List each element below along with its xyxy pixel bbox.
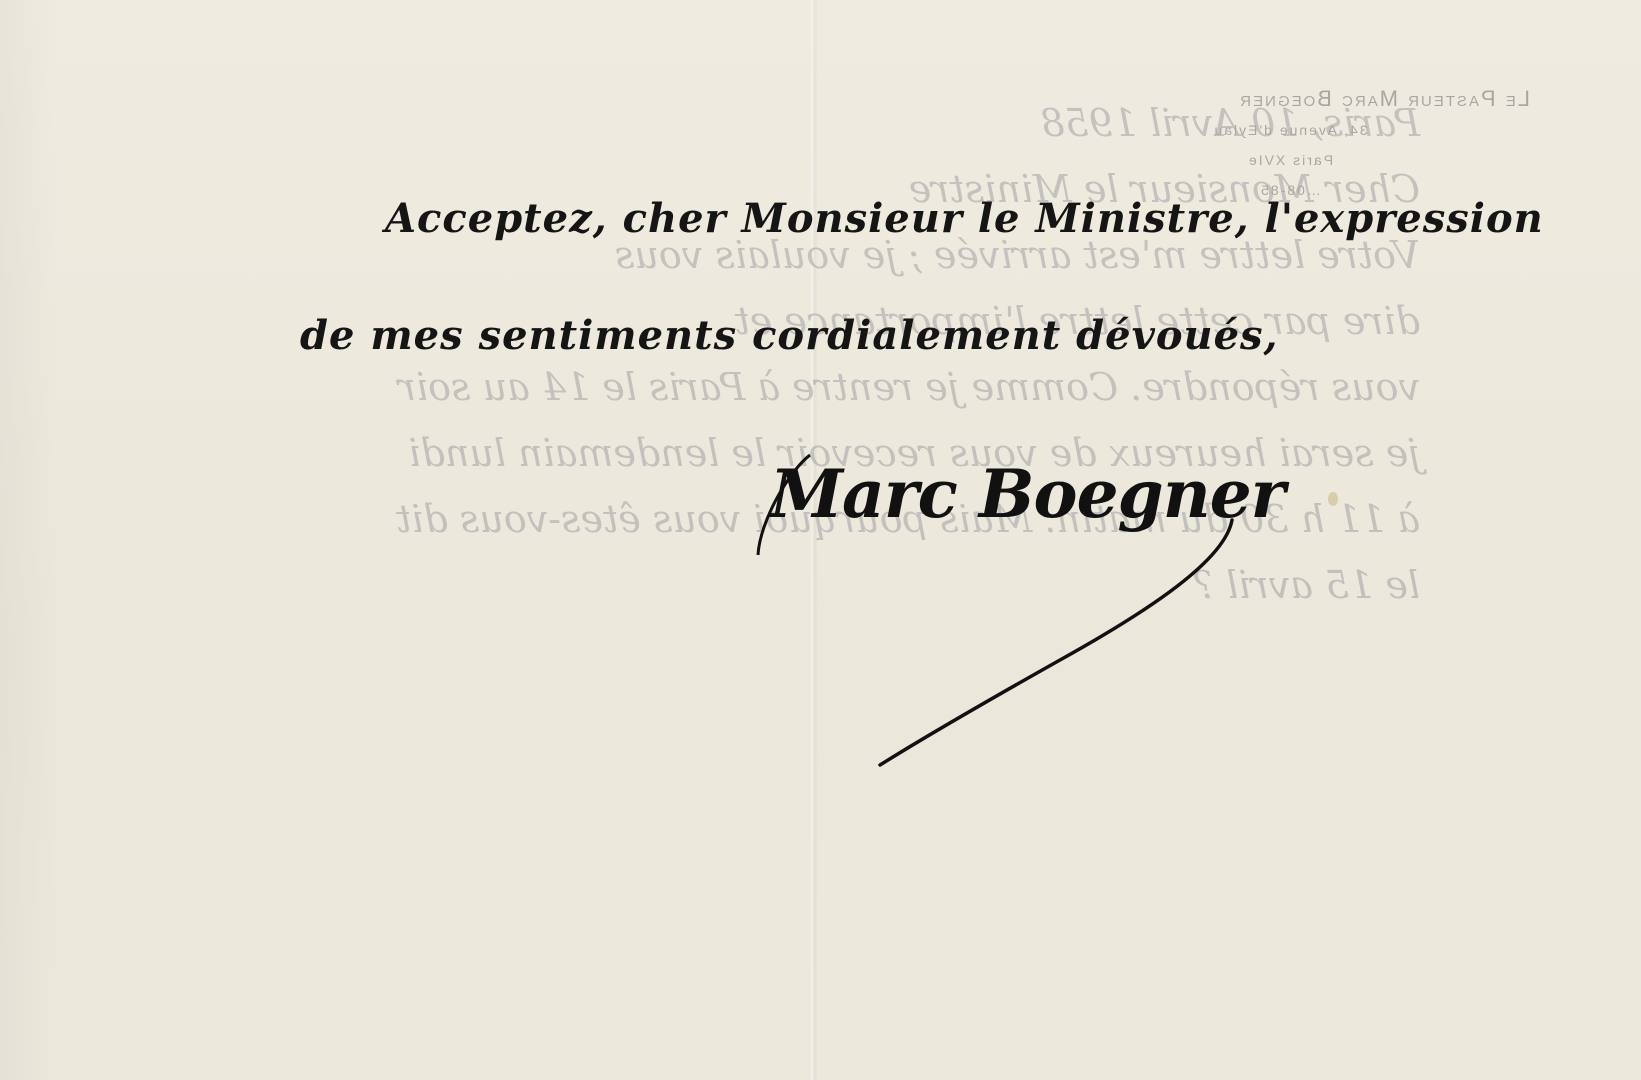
signature-flourish-icon	[0, 0, 1641, 1080]
